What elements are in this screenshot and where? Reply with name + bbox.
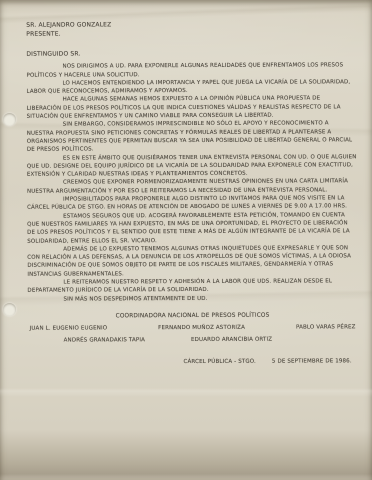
- hole-punch-bottom: [3, 303, 16, 316]
- signatory-3: PABLO VARAS PÉREZ: [296, 323, 356, 332]
- closing-line: SIN MÁS NOS DESPEDIMOS ATENTAMENTE DE UD…: [27, 294, 357, 304]
- salutation: DISTINGUIDO SR.: [26, 49, 356, 59]
- paragraph-5: ES EN ESTE ÁMBITO QUE QUISIÉRAMOS TENER …: [27, 153, 357, 179]
- paragraph-1: NOS DIRIGIMOS A UD. PARA EXPONERLE ALGUN…: [26, 62, 356, 80]
- signatory-1: JUAN L. EUGENIO EUGENIO: [30, 325, 108, 334]
- place-date-line: CÁRCEL PÚBLICA - STGO. 5 DE SEPTIEMBRE D…: [28, 357, 352, 367]
- letter-content: SR. ALEJANDRO GONZALEZ PRESENTE. DISTING…: [26, 19, 358, 367]
- paragraph-4: SIN EMBARGO, CONSIDERAMOS IMPRESCINDIBLE…: [27, 120, 357, 155]
- letter-sheet: SR. ALEJANDRO GONZALEZ PRESENTE. DISTING…: [0, 0, 372, 480]
- paragraph-7: IMPOSIBILITADOS PARA PROPONERLE ALGO DIS…: [27, 194, 357, 212]
- paragraph-9: ADEMÁS DE LO EXPUESTO TENEMOS ALGUNAS OT…: [27, 244, 357, 279]
- date: 5 DE SEPTIEMBRE DE 1986.: [272, 357, 352, 366]
- recipient-presente: PRESENTE.: [26, 28, 356, 38]
- paragraph-6: CREEMOS QUE EXPONER PORMENORIZADAMENTE N…: [27, 178, 357, 196]
- signatory-2: FERNANDO MUÑOZ ASTORIZA: [158, 324, 245, 333]
- organization-name: COORDINADORA NACIONAL DE PRESOS POLÍTICO…: [28, 311, 358, 321]
- paragraph-2: LO HACEMOS ENTENDIENDO LA IMPORTANCIA Y …: [27, 78, 357, 96]
- place: CÁRCEL PÚBLICA - STGO.: [183, 358, 255, 367]
- paragraph-10: LE REITERAMOS NUESTRO RESPETO Y ADHESIÓN…: [27, 277, 357, 295]
- signature-row-2: ANDRÉS GRANADAKIS TAPIA EDUARDO ARANCIBI…: [64, 335, 358, 345]
- signatory-5: EDUARDO ARANCIBIA ORTIZ: [191, 335, 272, 344]
- signatory-4: ANDRÉS GRANADAKIS TAPIA: [64, 336, 145, 345]
- letter-body: NOS DIRIGIMOS A UD. PARA EXPONERLE ALGUN…: [26, 62, 357, 304]
- recipient-block: SR. ALEJANDRO GONZALEZ PRESENTE.: [26, 19, 356, 38]
- paragraph-8: ESTAMOS SEGUROS QUE UD. ACOGERÁ FAVORABL…: [27, 211, 357, 246]
- signature-row-1: JUAN L. EUGENIO EUGENIO FERNANDO MUÑOZ A…: [30, 323, 356, 333]
- hole-punch-top: [3, 113, 16, 126]
- paragraph-3: HACE ALGUNAS SEMANAS HEMOS EXPUESTO A LA…: [27, 95, 357, 121]
